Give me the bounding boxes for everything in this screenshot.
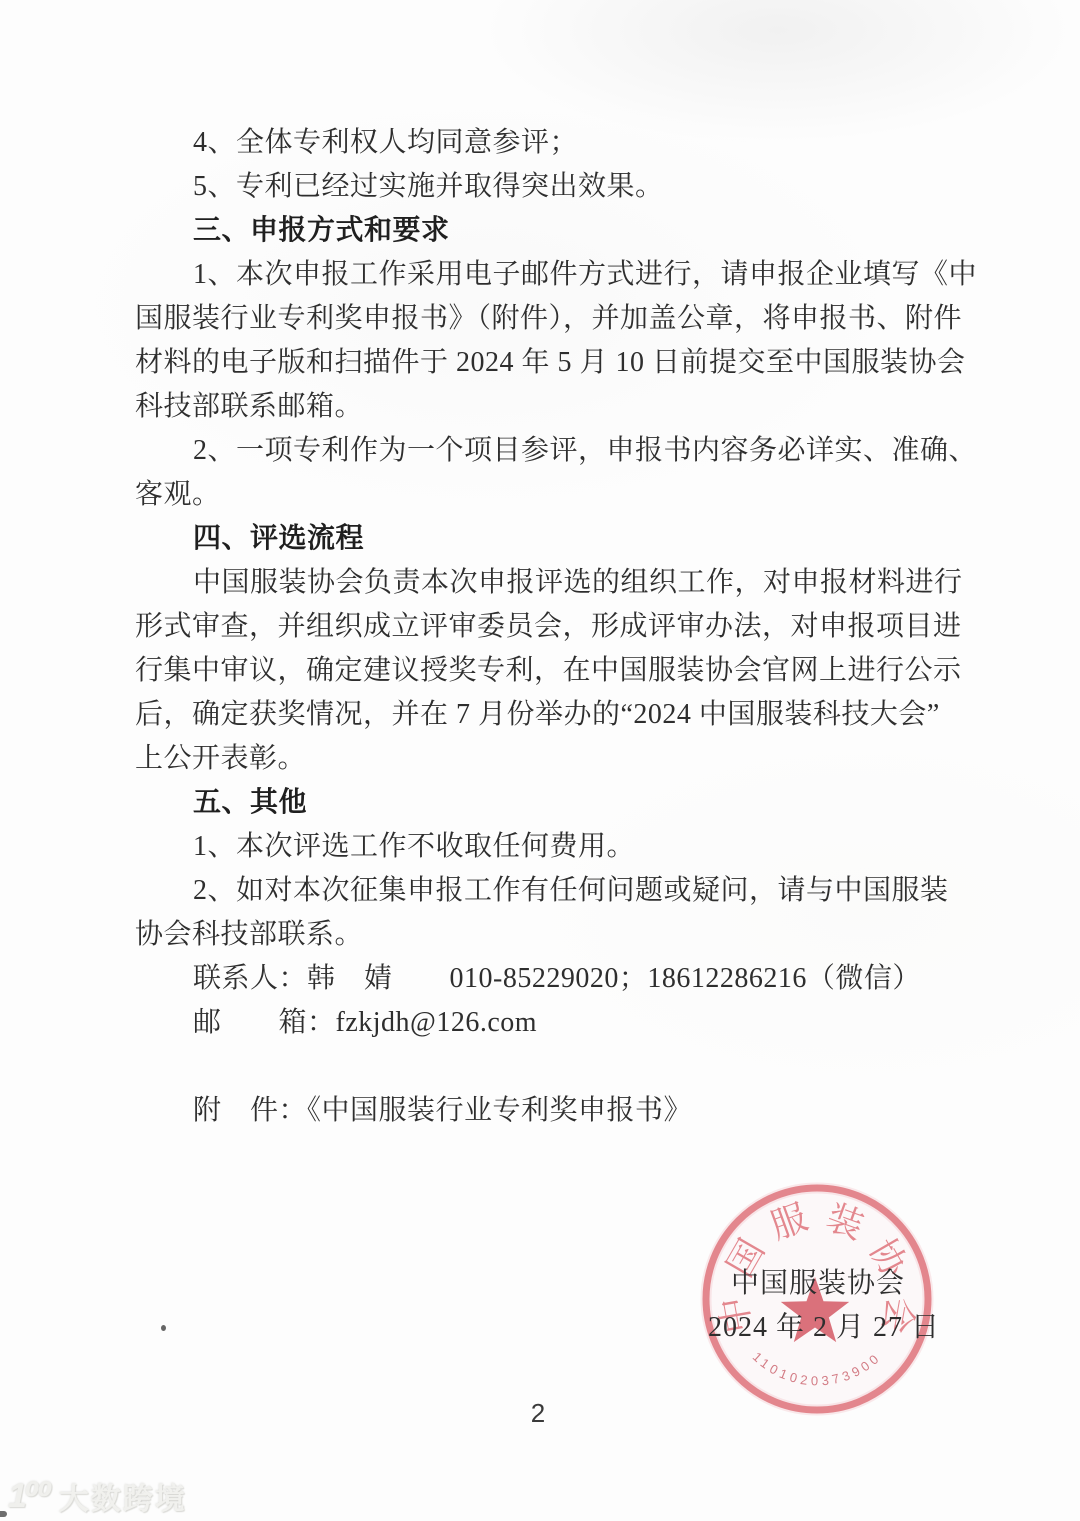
section-heading-3: 三、申报方式和要求 bbox=[135, 209, 943, 253]
watermark-brand-text: 大数跨境 bbox=[59, 1474, 187, 1518]
doc-line: 1、本次申报工作采用电子邮件方式进行，请申报企业填写《中 bbox=[135, 253, 943, 297]
doc-line: 1、本次评选工作不收取任何费用。 bbox=[135, 825, 943, 869]
doc-line: 2、如对本次征集申报工作有任何问题或疑问，请与中国服装 bbox=[135, 869, 943, 913]
blank-line bbox=[135, 1045, 943, 1089]
doc-line: 上公开表彰。 bbox=[135, 737, 943, 781]
watermark-logo-icon: 1⁰⁰ bbox=[8, 1476, 51, 1516]
scan-speck bbox=[0, 1511, 7, 1517]
section-heading-4: 四、评选流程 bbox=[135, 517, 943, 561]
scan-speck bbox=[161, 1325, 166, 1331]
doc-line: 5、专利已经过实施并取得突出效果。 bbox=[135, 165, 943, 209]
page-number: 2 bbox=[518, 1398, 558, 1429]
section-heading-5: 五、其他 bbox=[135, 781, 943, 825]
document-body: 4、全体专利权人均同意参评； 5、专利已经过实施并取得突出效果。 三、申报方式和… bbox=[135, 121, 943, 1133]
typed-date: 2024 年 2 月 27 日 bbox=[708, 1305, 928, 1345]
attachment-line: 附 件：《中国服装行业专利奖申报书》 bbox=[135, 1089, 943, 1133]
doc-line: 客观。 bbox=[135, 473, 943, 517]
typed-org-name: 中国服装协会 bbox=[718, 1261, 918, 1301]
doc-line: 协会科技部联系。 bbox=[135, 913, 943, 957]
doc-line: 4、全体专利权人均同意参评； bbox=[135, 121, 943, 165]
scanned-notice-page: { "document": { "lines": [ "4、全体专利权人均同意参… bbox=[0, 0, 1080, 1521]
contact-email-line: 邮 箱：fzkjdh@126.com bbox=[135, 1001, 943, 1045]
doc-line: 形式审查，并组织成立评审委员会，形成评审办法，对申报项目进 bbox=[135, 605, 943, 649]
doc-line: 2、一项专利作为一个项目参评，申报书内容务必详实、准确、 bbox=[135, 429, 943, 473]
doc-line: 国服装行业专利奖申报书》（附件），并加盖公章，将申报书、附件 bbox=[135, 297, 943, 341]
watermark: 1⁰⁰ 大数跨境 bbox=[8, 1474, 187, 1518]
doc-line: 后，确定获奖情况，并在 7 月份举办的“2024 中国服装科技大会” bbox=[135, 693, 943, 737]
doc-line: 中国服装协会负责本次申报评选的组织工作，对申报材料进行 bbox=[135, 561, 943, 605]
doc-line: 行集中审议，确定建议授奖专利，在中国服装协会官网上进行公示 bbox=[135, 649, 943, 693]
doc-line: 材料的电子版和扫描件于 2024 年 5 月 10 日前提交至中国服装协会 bbox=[135, 341, 943, 385]
contact-person-line: 联系人：韩 婧 010-85229020；18612286216（微信） bbox=[135, 957, 943, 1001]
doc-line: 科技部联系邮箱。 bbox=[135, 385, 943, 429]
